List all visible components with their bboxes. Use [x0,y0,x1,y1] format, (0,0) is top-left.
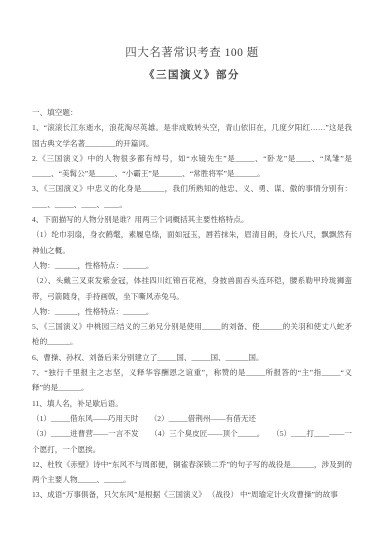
question-6: 6、曹操、孙权、刘备后来分别建立了_____国、_____国、______国。 [32,350,352,365]
question-4-part1-answer-blanks: 人物：______，性格特点：______。 [32,258,352,273]
document-subtitle: 《三国演义》部分 [32,69,352,82]
document-page: 四大名著常识考查 100 题 《三国演义》部分 一、填空题： 1、“滚滚长江东逝… [0,0,382,540]
questions-body: 一、填空题： 1、“滚滚长江东逝水，浪花淘尽英雄。是非成败转头空，青山依旧在，几… [32,105,352,503]
question-3: 3、《三国演义》中忠义的化身是______，我们所熟知的他忠、义、勇、谋、傲的事… [32,181,352,212]
question-4-part2-answer-blanks: 人物：______，性格特点：______。 [32,304,352,319]
question-4-part1-description: （1）纶巾羽扇，身衣鹤氅，素履皂绦，面如冠玉，唇若抹朱，眉清目朗，身长八尺，飘飘… [32,227,352,258]
document-title: 四大名著常识考查 100 题 [32,46,352,60]
question-5: 5、《三国演义》中桃园三结义的三弟兄分别是使用_____的刘备、使______的… [32,319,352,350]
question-11-row2: （3）_____进曹营——一言不发 （4）三个臭皮匠——顶个_____。 （5）… [32,426,352,457]
question-11-intro: 11、填人名，补足歇后语。 [32,396,352,411]
question-7: 7、“独行千里报主之志坚，义释华容酬恩之谊重”，称赞的是_____所报答的“主”… [32,365,352,396]
question-4-part2-description: （2）、头戴三叉束发紫金冠，体挂四川红锦百花袍，身披兽面吞头连环铠，腰系勒甲玲珑… [32,273,352,304]
document-content: 四大名著常识考查 100 题 《三国演义》部分 一、填空题： 1、“滚滚长江东逝… [0,0,382,503]
question-12: 12、杜牧《赤壁》诗中“东风不与周郎便，铜雀春深锁二乔”的句子写的战役是____… [32,457,352,488]
question-13: 13、成语“万事俱备，只欠东风”是根据《三国演义》 （战役） 中“周瑜定计火攻曹… [32,487,352,502]
section-heading: 一、填空题： [32,105,352,120]
question-2: 2.《三国演义》中的人物很多都有绰号，如“水镜先生”是_____、“卧龙”是__… [32,151,352,182]
question-1: 1、“滚滚长江东逝水，浪花淘尽英雄。是非成败转头空，青山依旧在，几度夕阳红……”… [32,120,352,151]
question-4-intro: 4、下面描写的人物分别是谁？用两三个词概括其主要性格特点。 [32,212,352,227]
question-11-row1: （1）_____借东风——巧用天时 （2）_____借荆州——有借无还 [32,411,352,426]
